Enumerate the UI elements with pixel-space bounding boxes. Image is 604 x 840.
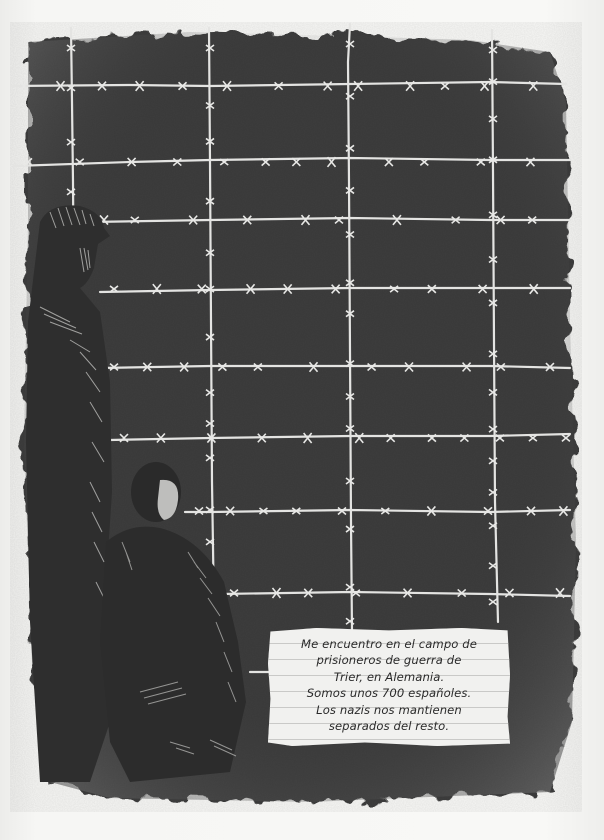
caption-line: Somos unos 700 españoles. (268, 685, 510, 701)
caption-line: prisioneros de guerra de (268, 652, 510, 668)
comic-page: Me encuentro en el campo de prisioneros … (0, 0, 604, 840)
comic-panel: Me encuentro en el campo de prisioneros … (10, 22, 582, 812)
caption-line: Los nazis nos mantienen (268, 702, 510, 718)
caption-line: Trier, en Alemania. (268, 669, 510, 685)
caption-text: Me encuentro en el campo de prisioneros … (268, 636, 510, 734)
caption-line: Me encuentro en el campo de (268, 636, 510, 652)
caption-line: separados del resto. (268, 718, 510, 734)
narration-caption-box: Me encuentro en el campo de prisioneros … (268, 628, 510, 746)
